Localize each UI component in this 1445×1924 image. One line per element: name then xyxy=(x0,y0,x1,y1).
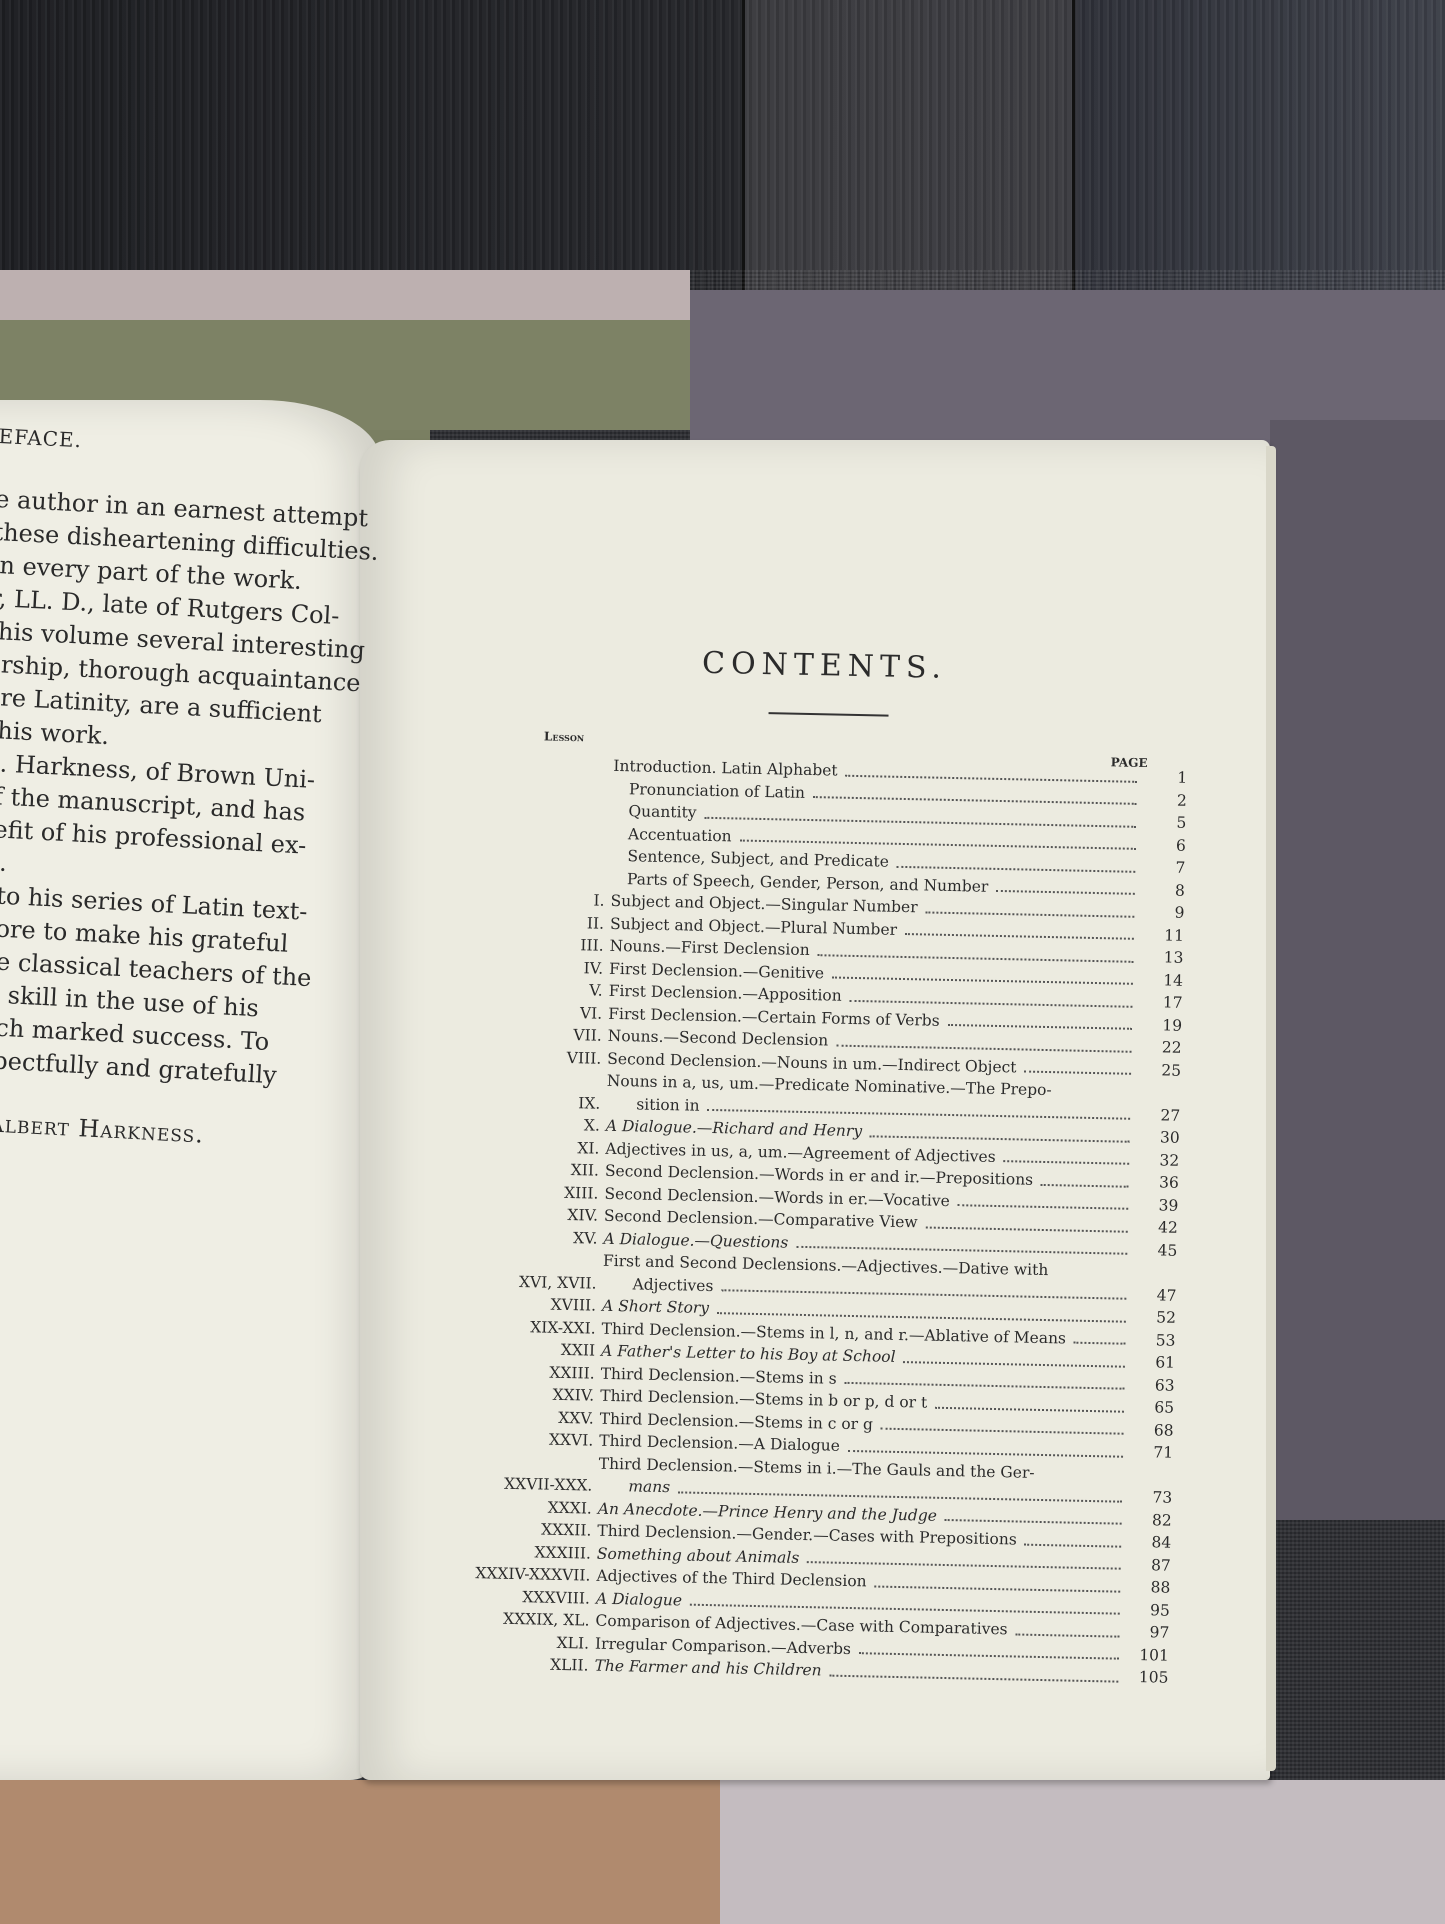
dot-leader xyxy=(859,1652,1119,1659)
page-number: 101 xyxy=(1127,1643,1169,1666)
dot-leader xyxy=(897,865,1136,872)
page-number: 97 xyxy=(1127,1621,1169,1644)
page-number: 88 xyxy=(1128,1576,1170,1599)
page-number: 19 xyxy=(1140,1013,1182,1036)
page-number: 84 xyxy=(1129,1531,1171,1554)
dot-leader xyxy=(1041,1183,1129,1187)
dot-leader xyxy=(945,1519,1122,1525)
page-number: 17 xyxy=(1140,991,1182,1014)
page-number: 82 xyxy=(1129,1508,1171,1531)
page-edge xyxy=(1266,446,1276,1771)
page-number: 27 xyxy=(1138,1103,1180,1126)
lesson-title: A Short Story xyxy=(602,1295,709,1320)
page-number: 52 xyxy=(1134,1306,1176,1329)
fabric-patch-tan xyxy=(0,1780,720,1924)
page-number: 30 xyxy=(1138,1126,1180,1149)
dot-leader xyxy=(813,796,1137,805)
dot-leader xyxy=(836,1044,1131,1052)
dot-leader xyxy=(881,1428,1124,1435)
page-number: 87 xyxy=(1129,1553,1171,1576)
page-number: 6 xyxy=(1144,833,1186,856)
dot-leader xyxy=(818,954,1134,963)
dot-leader xyxy=(1015,1633,1119,1637)
dot-leader xyxy=(1004,1160,1130,1165)
page-number: 22 xyxy=(1139,1036,1181,1059)
page-number: 73 xyxy=(1130,1486,1172,1509)
dot-leader xyxy=(848,1449,1123,1457)
page-number: 13 xyxy=(1141,946,1183,969)
page-number: 39 xyxy=(1136,1193,1178,1216)
dot-leader xyxy=(926,1226,1128,1232)
page-number: 2 xyxy=(1145,789,1187,812)
contents-entries: Introduction. Latin Alphabet1Pronunciati… xyxy=(408,751,1187,1689)
page-number: 11 xyxy=(1142,923,1184,946)
lesson-title-continued: Adjectives xyxy=(632,1273,713,1297)
page-number: 5 xyxy=(1144,811,1186,834)
dot-leader xyxy=(875,1585,1121,1592)
dot-leader xyxy=(845,1382,1125,1390)
page-number: 63 xyxy=(1132,1373,1174,1396)
dot-leader xyxy=(832,976,1133,984)
preface-body: e author in an earnest attemptthese dish… xyxy=(0,483,366,1096)
fabric-patch-pink xyxy=(0,270,690,325)
page-number: 65 xyxy=(1132,1396,1174,1419)
dot-leader xyxy=(796,1246,1127,1255)
page-number: 7 xyxy=(1143,856,1185,879)
lesson-title-continued: sition in xyxy=(636,1093,700,1117)
dot-leader xyxy=(905,933,1134,940)
page-number: 32 xyxy=(1137,1148,1179,1171)
page-number: 47 xyxy=(1134,1283,1176,1306)
dot-leader xyxy=(850,999,1133,1007)
dot-leader xyxy=(830,1674,1119,1682)
page-number: 71 xyxy=(1131,1441,1173,1464)
page-number: 9 xyxy=(1142,901,1184,924)
page-number: 68 xyxy=(1131,1418,1173,1441)
dot-leader xyxy=(1025,1543,1122,1547)
lesson-number: XLII. xyxy=(408,1651,594,1677)
dot-leader xyxy=(807,1561,1121,1570)
lesson-title: The Farmer and his Children xyxy=(594,1655,822,1682)
dot-leader xyxy=(958,1204,1129,1210)
lesson-title: Accentuation xyxy=(628,823,732,848)
dot-leader xyxy=(996,890,1135,895)
dot-leader xyxy=(1074,1342,1126,1345)
fabric-patch-purple-dark xyxy=(1270,420,1445,1520)
preface-heading: EFACE. xyxy=(0,420,369,472)
page-number: 1 xyxy=(1145,766,1187,789)
page-number: 8 xyxy=(1143,878,1185,901)
page-number: 36 xyxy=(1137,1171,1179,1194)
table-of-contents: CONTENTS. Lesson PAGE Introduction. Lati… xyxy=(408,640,1189,1689)
lesson-title: A Dialogue xyxy=(596,1587,683,1611)
page-number: 45 xyxy=(1135,1238,1177,1261)
page-number: 61 xyxy=(1133,1351,1175,1374)
page-number: 25 xyxy=(1139,1058,1181,1081)
page-number: 42 xyxy=(1136,1216,1178,1239)
page-number: 14 xyxy=(1141,968,1183,991)
dot-leader xyxy=(1024,1071,1131,1075)
dot-leader xyxy=(846,774,1138,782)
dot-leader xyxy=(935,1406,1124,1412)
preface-text: EFACE. e author in an earnest attemptthe… xyxy=(0,410,369,1158)
lesson-column-label: Lesson xyxy=(544,729,584,744)
lesson-title: Quantity xyxy=(628,800,697,824)
fabric-patch-grey xyxy=(720,1780,1445,1924)
page-number: 105 xyxy=(1126,1666,1168,1689)
dot-leader xyxy=(903,1361,1125,1368)
page-number: 53 xyxy=(1133,1328,1175,1351)
lesson-title-continued: mans xyxy=(628,1475,670,1498)
page-number: 95 xyxy=(1128,1598,1170,1621)
dot-leader xyxy=(870,1135,1130,1142)
dot-leader xyxy=(948,1024,1132,1030)
dot-leader xyxy=(926,911,1135,917)
title-rule xyxy=(769,712,889,717)
